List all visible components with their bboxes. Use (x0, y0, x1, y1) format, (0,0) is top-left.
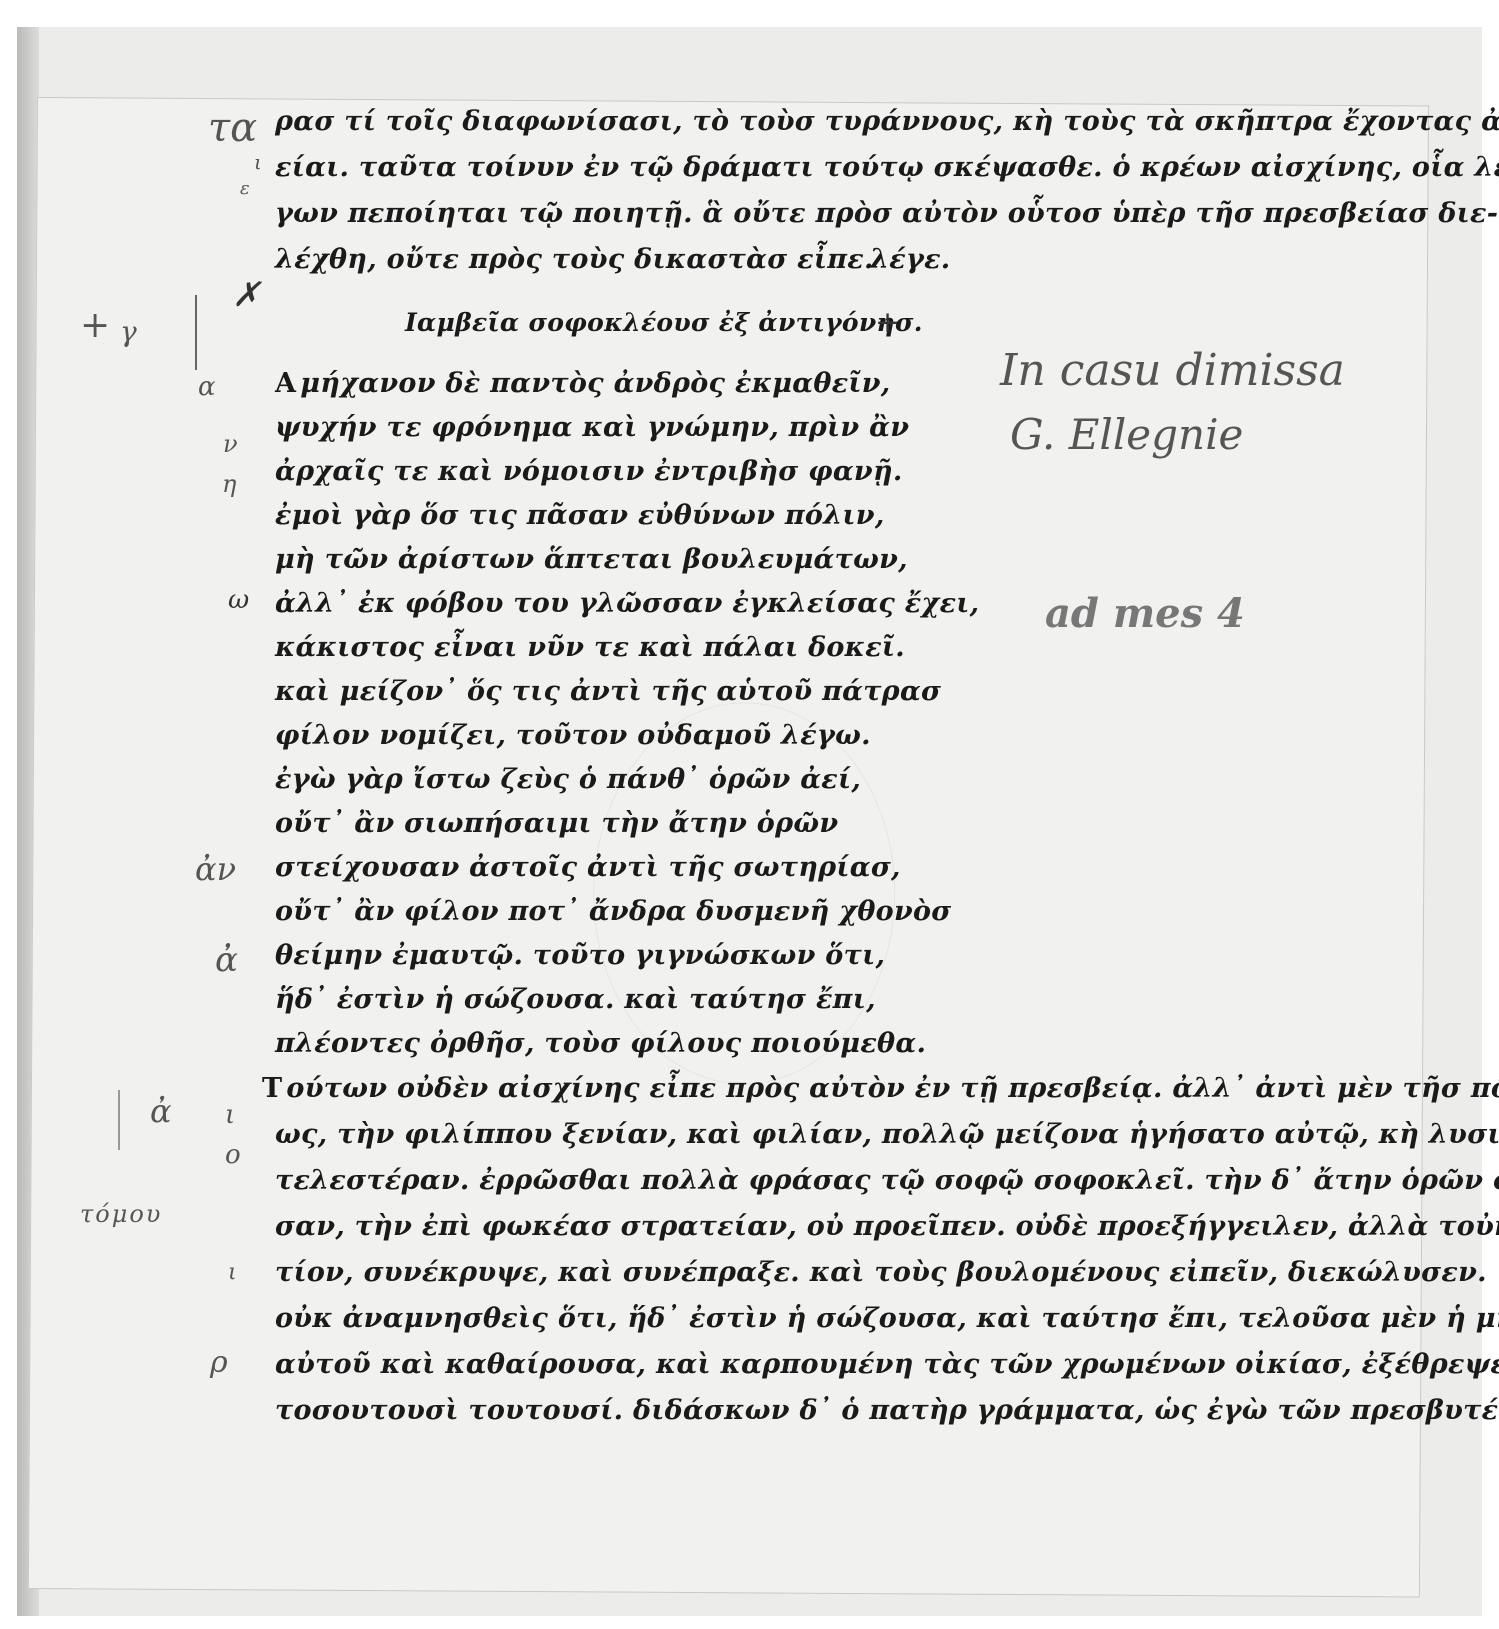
verse-line-15: ἥδ᾽ ἐστὶν ἡ σώζουσα. καὶ ταύτησ ἔπι, (275, 984, 876, 1015)
margin-bottom-iota: ι (225, 1100, 235, 1130)
margin-bracket (118, 1090, 120, 1150)
margin-bottom-rho: ρ (210, 1345, 228, 1380)
margin-mark-mid: ω (228, 585, 249, 615)
prose-initial: Τ (262, 1073, 282, 1104)
prose-bottom-line-2: ως, τὴν φιλίππου ξενίαν, καὶ φιλίαν, πολ… (275, 1119, 1499, 1150)
margin-nu: ν (223, 430, 238, 458)
margin-vertical-stroke (195, 295, 197, 370)
prose-bottom-line-6: οὐκ ἀναμνησθεὶς ὅτι, ἥδ᾽ ἐστὶν ἡ σώζουσα… (275, 1303, 1499, 1334)
signature-line-2: G. Ellegnie (1010, 410, 1243, 459)
pencil-note: ad mes 4 (1045, 590, 1245, 637)
margin-bottom-omicron: ο (225, 1140, 241, 1170)
verse-line-3: ἀρχαῖς τε καὶ νόμοισιν ἐντριβὴσ φανῇ. (275, 456, 903, 487)
prose-bottom-line-5: τίον, συνέκρυψε, καὶ συνέπραξε. καὶ τοὺς… (275, 1257, 1487, 1288)
verse-line-8: καὶ μείζον᾽ ὅς τις ἀντὶ τῆς αὑτοῦ πάτρασ (275, 676, 941, 707)
margin-cross-mark: + (80, 305, 110, 346)
prose-bottom-line-4: σαν, τὴν ἐπὶ φωκέασ στρατείαν, οὐ προεῖπ… (275, 1211, 1499, 1242)
margin-alpha: α (198, 372, 216, 402)
verse-line-16: πλέοντες ὀρθῆσ, τοὺσ φίλους ποιούμεθα. (275, 1028, 926, 1059)
verse-line-5: μὴ τῶν ἀρίστων ἅπτεται βουλευμάτων, (275, 544, 908, 575)
margin-an-2: ἀ (215, 940, 238, 980)
prose-text: ούτων οὐδὲν αἰσχίνης εἶπε πρὸς αὐτὸν ἐν … (286, 1073, 1499, 1104)
signature-line-1: In casu dimissa (1000, 345, 1345, 396)
verse-initial: Α (275, 368, 296, 399)
verse-line-6: ἀλλ᾽ ἐκ φόβου του γλῶσσαν ἐγκλείσας ἔχει… (275, 588, 979, 619)
prose-top-line-3: γων πεποίηται τῷ ποιητῇ. ἃ οὔτε πρὸσ αὐτ… (275, 198, 1498, 229)
verse-line-13: οὔτ᾽ ἂν φίλον ποτ᾽ ἄνδρα δυσμενῆ χθονὸσ (275, 896, 952, 927)
margin-gamma: γ (120, 315, 137, 348)
section-heading: Ιαμβεῖα σοφοκλέουσ ἐξ ἀντιγόνησ. (405, 308, 923, 337)
margin-bottom-word: τόμου (80, 1200, 162, 1228)
prose-top-line-1: ρασ τί τοῖς διαφωνίσασι, τὸ τοὺσ τυράννο… (275, 106, 1499, 137)
margin-eta: η (222, 470, 236, 498)
margin-bottom-a: ἀ (150, 1092, 172, 1130)
margin-note-small-2: ε (240, 178, 250, 199)
verse-line-11: οὔτ᾽ ἂν σιωπήσαιμι τὴν ἄτην ὁρῶν (275, 808, 838, 839)
margin-an-1: ἀν (195, 850, 236, 888)
verse-line-10: ἐγὼ γὰρ ἴστω ζεὺς ὁ πάνθ᾽ ὁρῶν ἀεί, (275, 764, 861, 795)
verse-line-7: κάκιστος εἶναι νῦν τε καὶ πάλαι δοκεῖ. (275, 632, 905, 663)
prose-bottom-line-3: τελεστέραν. ἐρρῶσθαι πολλὰ φράσας τῷ σοφ… (275, 1165, 1499, 1196)
prose-top-line-2: είαι. ταῦτα τοίνυν ἐν τῷ δράματι τούτῳ σ… (275, 152, 1499, 183)
prose-bottom-line-1: Τούτων οὐδὲν αἰσχίνης εἶπε πρὸς αὐτὸν ἐν… (262, 1073, 1499, 1104)
prose-top-trailing: λέγε. (870, 244, 950, 275)
margin-note-small-1: ι (254, 150, 262, 174)
prose-bottom-line-8: τοσουτουσὶ τουτουσί. διδάσκων δ᾽ ὁ πατὴρ… (275, 1395, 1499, 1426)
prose-bottom-line-7: αὐτοῦ καὶ καθαίρουσα, καὶ καρπουμένη τὰς… (275, 1349, 1499, 1380)
heading-plus-mark: + (875, 305, 900, 340)
verse-line-4: ἐμοὶ γὰρ ὅσ τις πᾶσαν εὐθύνων πόλιν, (275, 500, 885, 531)
prose-top-line-4: λέχθη, οὔτε πρὸς τοὺς δικαστὰσ εἶπε. (275, 244, 874, 275)
margin-note-ta: τα (208, 105, 257, 151)
margin-x-mark: ✗ (232, 275, 261, 315)
verse-text: μήχανον δὲ παντὸς ἀνδρὸς ἐκμαθεῖν, (300, 368, 890, 399)
verse-line-14: θείμην ἐμαυτῷ. τοῦτο γιγνώσκων ὅτι, (275, 940, 885, 971)
verse-line-1: Αμήχανον δὲ παντὸς ἀνδρὸς ἐκμαθεῖν, (275, 368, 891, 399)
margin-bottom-iota-2: ι (228, 1260, 237, 1285)
verse-line-2: ψυχήν τε φρόνημα καὶ γνώμην, πρὶν ἂν (275, 412, 909, 443)
verse-line-9: φίλον νομίζει, τοῦτον οὐδαμοῦ λέγω. (275, 720, 871, 751)
verse-line-12: στείχουσαν ἀστοῖς ἀντὶ τῆς σωτηρίασ, (275, 852, 901, 883)
